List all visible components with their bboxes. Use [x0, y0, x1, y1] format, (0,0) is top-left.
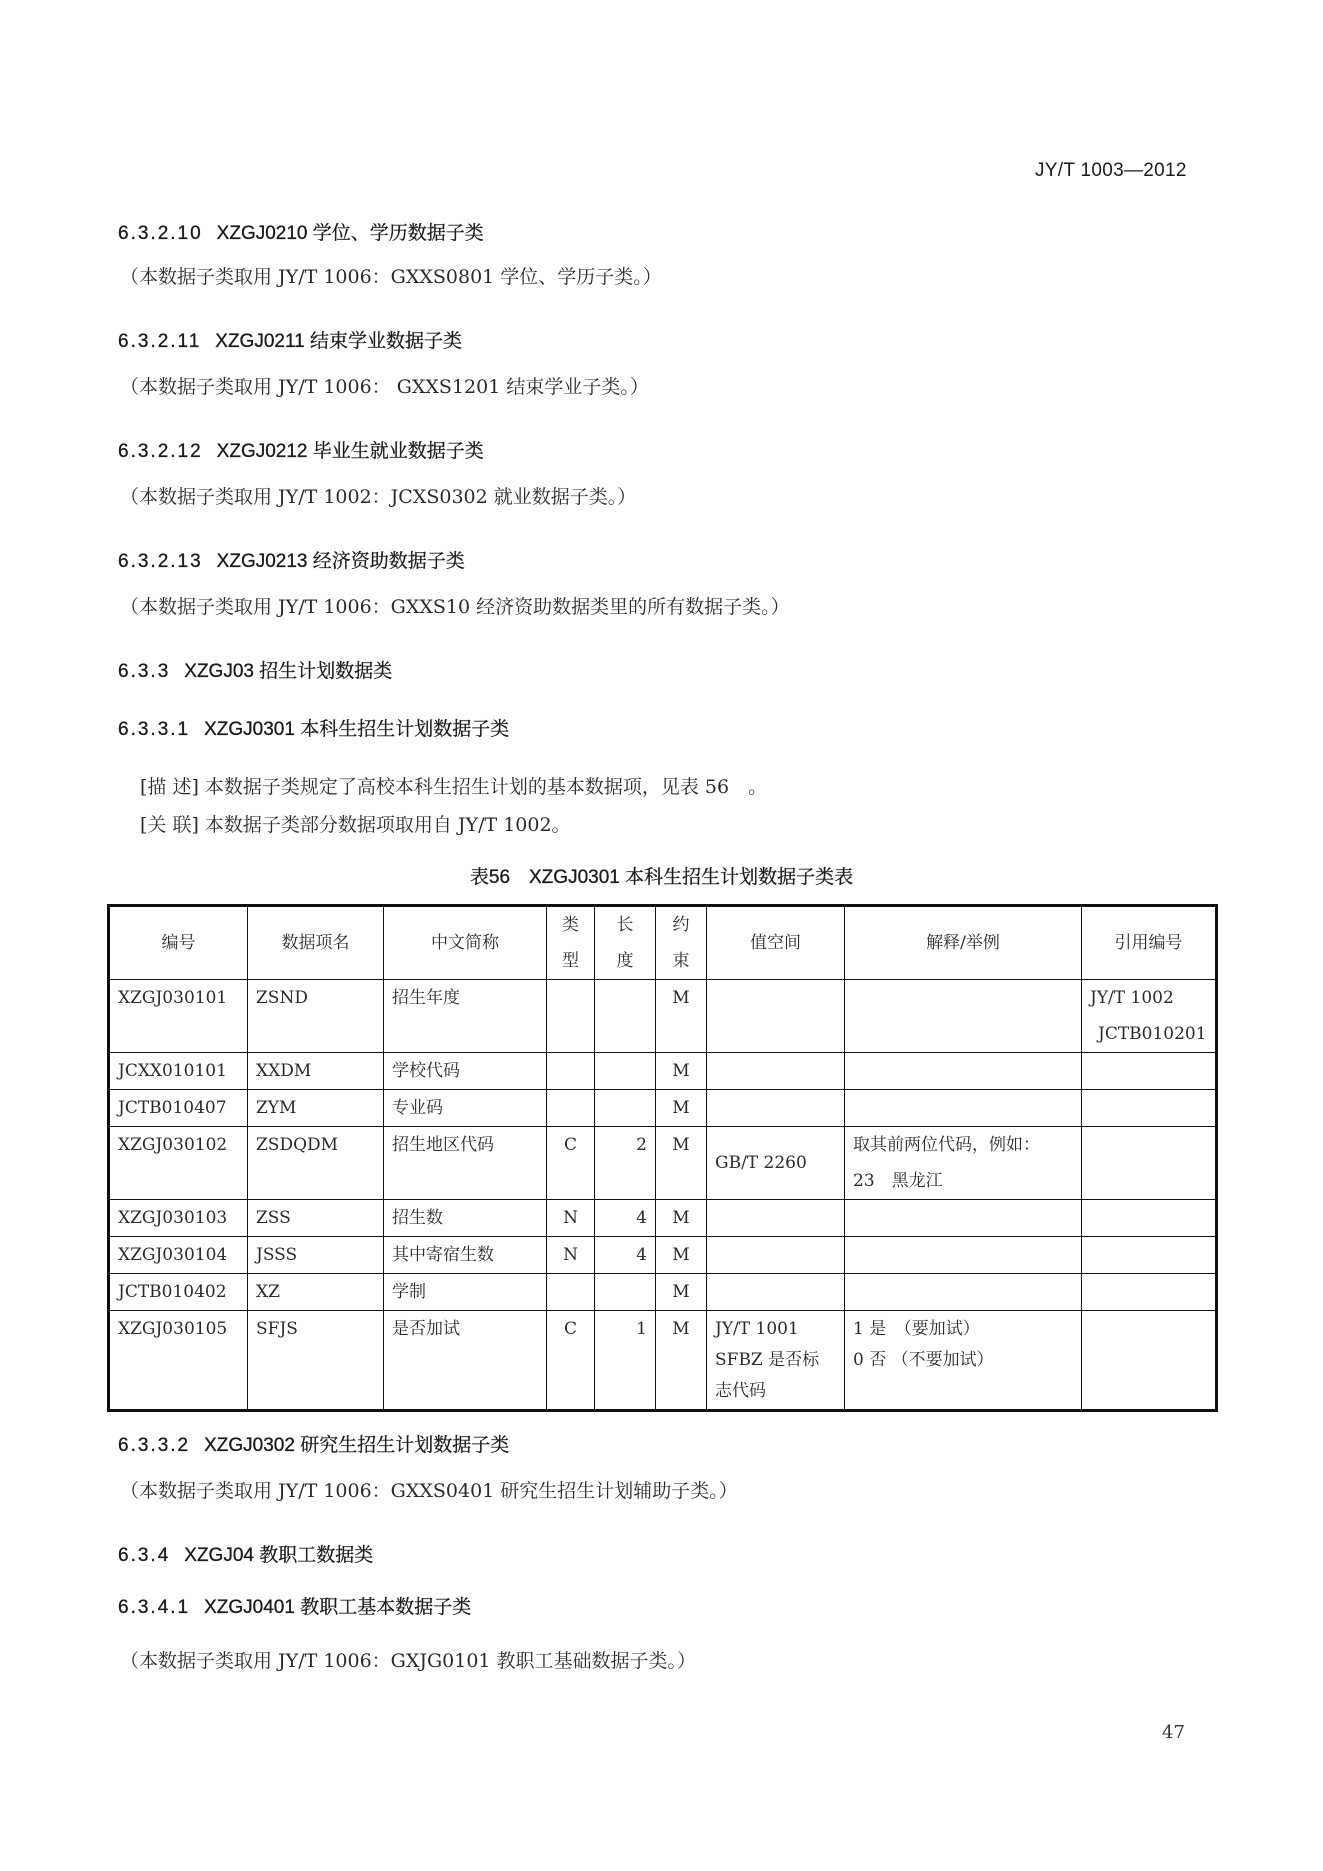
cell-type	[547, 1053, 595, 1090]
section-number: 6.3.3	[118, 661, 170, 683]
cell-constraint: M	[656, 1127, 707, 1200]
cell-item-name: ZSDQDM	[248, 1127, 384, 1200]
section-number: 6.3.2.13	[118, 551, 203, 573]
cell-constraint: M	[656, 980, 707, 1053]
cell-cn-name: 专业码	[384, 1090, 547, 1127]
header-constraint: 约束	[656, 906, 707, 980]
cell-explanation	[845, 980, 1082, 1053]
value-space-line2: SFBZ 是否标	[715, 1345, 836, 1376]
section-heading: 6.3.3XZGJ03 招生计划数据类	[118, 656, 392, 683]
section-heading: 6.3.4XZGJ04 教职工数据类	[118, 1540, 373, 1567]
cell-length: 4	[595, 1200, 656, 1237]
cell-value-space	[707, 1053, 845, 1090]
cell-type	[547, 1090, 595, 1127]
explanation-line2: 23 黑龙江	[853, 1163, 1073, 1199]
cell-item-name: ZSND	[248, 980, 384, 1053]
section-title: 学位、学历数据子类	[313, 223, 484, 244]
cell-explanation: 1 是 （要加试）0 否 （不要加试）	[845, 1311, 1082, 1411]
header-constraint-line2: 束	[664, 943, 698, 979]
cell-item-name: SFJS	[248, 1311, 384, 1411]
explanation-line1: 取其前两位代码，例如：	[853, 1127, 1073, 1163]
cell-reference: JY/T 1002JCTB010201	[1082, 980, 1217, 1053]
cell-type: N	[547, 1200, 595, 1237]
description-text: 本数据子类规定了高校本科生招生计划的基本数据项，见表 56 。	[205, 776, 767, 798]
reference-paragraph: （本数据子类取用 JY/T 1006：GXXS10 经济资助数据类里的所有数据子…	[120, 592, 790, 619]
cell-length	[595, 1274, 656, 1311]
reference-line1: JY/T 1002	[1090, 980, 1207, 1016]
cell-reference	[1082, 1200, 1217, 1237]
cell-explanation	[845, 1053, 1082, 1090]
association-text: 本数据子类部分数据项取用自 JY/T 1002。	[205, 814, 571, 836]
header-length-line1: 长	[603, 907, 647, 943]
cell-constraint: M	[656, 1053, 707, 1090]
section-title: 毕业生就业数据子类	[313, 441, 484, 462]
explanation-line1: 1 是 （要加试）	[853, 1314, 1073, 1345]
section-title: 本科生招生计划数据子类	[300, 719, 509, 740]
header-value-space: 值空间	[707, 906, 845, 980]
reference-paragraph: （本数据子类取用 JY/T 1006：GXXS0801 学位、学历子类。）	[120, 262, 662, 289]
cell-value-space	[707, 1200, 845, 1237]
reference-paragraph: （本数据子类取用 JY/T 1006：GXXS0401 研究生招生计划辅助子类。…	[120, 1476, 738, 1503]
header-cn-name: 中文简称	[384, 906, 547, 980]
table-row: JCXX010101 XXDM 学校代码 M	[109, 1053, 1217, 1090]
table-row: JCTB010407 ZYM 专业码 M	[109, 1090, 1217, 1127]
cell-item-name: ZYM	[248, 1090, 384, 1127]
section-title: 教职工数据类	[259, 1545, 373, 1566]
header-type: 类型	[547, 906, 595, 980]
table-row: XZGJ030103 ZSS 招生数 N 4 M	[109, 1200, 1217, 1237]
cell-id: XZGJ030105	[109, 1311, 248, 1411]
explanation-line2: 0 否 （不要加试）	[853, 1345, 1073, 1376]
section-number: 6.3.4	[118, 1545, 170, 1567]
cell-id: JCXX010101	[109, 1053, 248, 1090]
section-number: 6.3.4.1	[118, 1597, 190, 1619]
section-code: XZGJ0210	[217, 223, 308, 244]
cell-value-space	[707, 980, 845, 1053]
section-title: 招生计划数据类	[259, 661, 392, 682]
cell-reference	[1082, 1090, 1217, 1127]
cell-explanation: 取其前两位代码，例如：23 黑龙江	[845, 1127, 1082, 1200]
reference-paragraph: （本数据子类取用 JY/T 1002：JCXS0302 就业数据子类。）	[120, 482, 636, 509]
cell-constraint: M	[656, 1237, 707, 1274]
section-code: XZGJ0213	[217, 551, 308, 572]
cell-type: N	[547, 1237, 595, 1274]
header-type-line2: 型	[555, 943, 586, 979]
section-code: XZGJ0301	[204, 719, 295, 740]
cell-item-name: JSSS	[248, 1237, 384, 1274]
cell-length: 1	[595, 1311, 656, 1411]
cell-cn-name: 学校代码	[384, 1053, 547, 1090]
header-length-line2: 度	[603, 943, 647, 979]
cell-explanation	[845, 1200, 1082, 1237]
cell-explanation	[845, 1274, 1082, 1311]
section-title: 研究生招生计划数据子类	[300, 1435, 509, 1456]
cell-value-space: GB/T 2260	[707, 1127, 845, 1200]
cell-value-space	[707, 1237, 845, 1274]
cell-item-name: XZ	[248, 1274, 384, 1311]
cell-constraint: M	[656, 1200, 707, 1237]
cell-length: 4	[595, 1237, 656, 1274]
cell-id: JCTB010407	[109, 1090, 248, 1127]
cell-value-space: JY/T 1001SFBZ 是否标志代码	[707, 1311, 845, 1411]
data-items-table: 编号 数据项名 中文简称 类型 长度 约束 值空间 解释/举例 引用编号 XZG…	[107, 904, 1218, 1412]
value-space-line1: JY/T 1001	[715, 1314, 836, 1345]
cell-explanation	[845, 1090, 1082, 1127]
section-number: 6.3.3.1	[118, 719, 190, 741]
cell-constraint: M	[656, 1274, 707, 1311]
reference-paragraph: （本数据子类取用 JY/T 1006：GXJG0101 教职工基础数据子类。）	[120, 1646, 696, 1673]
section-number: 6.3.3.2	[118, 1435, 190, 1457]
cell-type: C	[547, 1311, 595, 1411]
association-label: [关 联]	[140, 814, 199, 836]
cell-reference	[1082, 1311, 1217, 1411]
cell-cn-name: 招生年度	[384, 980, 547, 1053]
section-code: XZGJ0302	[204, 1435, 295, 1456]
cell-value-space	[707, 1090, 845, 1127]
section-title: 结束学业数据子类	[310, 331, 462, 352]
table-row: XZGJ030101 ZSND 招生年度 M JY/T 1002JCTB0102…	[109, 980, 1217, 1053]
standard-code: JY/T 1003—2012	[1035, 160, 1187, 182]
cell-constraint: M	[656, 1090, 707, 1127]
cell-id: XZGJ030104	[109, 1237, 248, 1274]
reference-line2: JCTB010201	[1090, 1016, 1207, 1052]
table-row: XZGJ030105 SFJS 是否加试 C 1 M JY/T 1001SFBZ…	[109, 1311, 1217, 1411]
cell-length	[595, 1053, 656, 1090]
cell-item-name: XXDM	[248, 1053, 384, 1090]
section-number: 6.3.2.10	[118, 223, 203, 245]
section-heading: 6.3.2.11XZGJ0211 结束学业数据子类	[118, 326, 462, 353]
cell-reference	[1082, 1053, 1217, 1090]
cell-length	[595, 980, 656, 1053]
page-number: 47	[1162, 1722, 1185, 1743]
cell-type	[547, 980, 595, 1053]
section-heading: 6.3.4.1XZGJ0401 教职工基本数据子类	[118, 1592, 471, 1619]
section-heading: 6.3.2.13XZGJ0213 经济资助数据子类	[118, 546, 465, 573]
section-number: 6.3.2.11	[118, 331, 201, 353]
section-title: 经济资助数据子类	[313, 551, 465, 572]
association-line: [关 联]本数据子类部分数据项取用自 JY/T 1002。	[140, 810, 571, 837]
cell-length	[595, 1090, 656, 1127]
cell-reference	[1082, 1127, 1217, 1200]
section-heading: 6.3.2.10XZGJ0210 学位、学历数据子类	[118, 218, 484, 245]
header-item-name: 数据项名	[248, 906, 384, 980]
cell-value-space	[707, 1274, 845, 1311]
header-length: 长度	[595, 906, 656, 980]
header-constraint-line1: 约	[664, 907, 698, 943]
cell-constraint: M	[656, 1311, 707, 1411]
section-code: XZGJ04	[184, 1545, 254, 1566]
cell-length: 2	[595, 1127, 656, 1200]
table-row: XZGJ030104 JSSS 其中寄宿生数 N 4 M	[109, 1237, 1217, 1274]
cell-reference	[1082, 1274, 1217, 1311]
section-number: 6.3.2.12	[118, 441, 203, 463]
cell-id: XZGJ030102	[109, 1127, 248, 1200]
reference-paragraph: （本数据子类取用 JY/T 1006： GXXS1201 结束学业子类。）	[120, 372, 649, 399]
cell-id: XZGJ030103	[109, 1200, 248, 1237]
section-code: XZGJ03	[184, 661, 254, 682]
section-heading: 6.3.3.2XZGJ0302 研究生招生计划数据子类	[118, 1430, 509, 1457]
cell-id: JCTB010402	[109, 1274, 248, 1311]
cell-cn-name: 招生地区代码	[384, 1127, 547, 1200]
table-caption: 表56 XZGJ0301 本科生招生计划数据子类表	[0, 862, 1323, 889]
section-title: 教职工基本数据子类	[300, 1597, 471, 1618]
value-space-line3: 志代码	[715, 1376, 836, 1407]
description-label: [描 述]	[140, 776, 199, 798]
header-explanation: 解释/举例	[845, 906, 1082, 980]
cell-reference	[1082, 1237, 1217, 1274]
table-header-row: 编号 数据项名 中文简称 类型 长度 约束 值空间 解释/举例 引用编号	[109, 906, 1217, 980]
cell-cn-name: 学制	[384, 1274, 547, 1311]
description-line: [描 述]本数据子类规定了高校本科生招生计划的基本数据项，见表 56 。	[140, 772, 767, 799]
header-id: 编号	[109, 906, 248, 980]
table-row: JCTB010402 XZ 学制 M	[109, 1274, 1217, 1311]
cell-cn-name: 是否加试	[384, 1311, 547, 1411]
cell-type	[547, 1274, 595, 1311]
section-heading: 6.3.2.12XZGJ0212 毕业生就业数据子类	[118, 436, 484, 463]
cell-cn-name: 招生数	[384, 1200, 547, 1237]
header-reference: 引用编号	[1082, 906, 1217, 980]
section-code: XZGJ0212	[217, 441, 308, 462]
cell-item-name: ZSS	[248, 1200, 384, 1237]
cell-explanation	[845, 1237, 1082, 1274]
section-code: XZGJ0211	[215, 331, 304, 352]
section-code: XZGJ0401	[204, 1597, 295, 1618]
cell-type: C	[547, 1127, 595, 1200]
section-heading: 6.3.3.1XZGJ0301 本科生招生计划数据子类	[118, 714, 509, 741]
cell-cn-name: 其中寄宿生数	[384, 1237, 547, 1274]
table-row: XZGJ030102 ZSDQDM 招生地区代码 C 2 M GB/T 2260…	[109, 1127, 1217, 1200]
cell-id: XZGJ030101	[109, 980, 248, 1053]
header-type-line1: 类	[555, 907, 586, 943]
